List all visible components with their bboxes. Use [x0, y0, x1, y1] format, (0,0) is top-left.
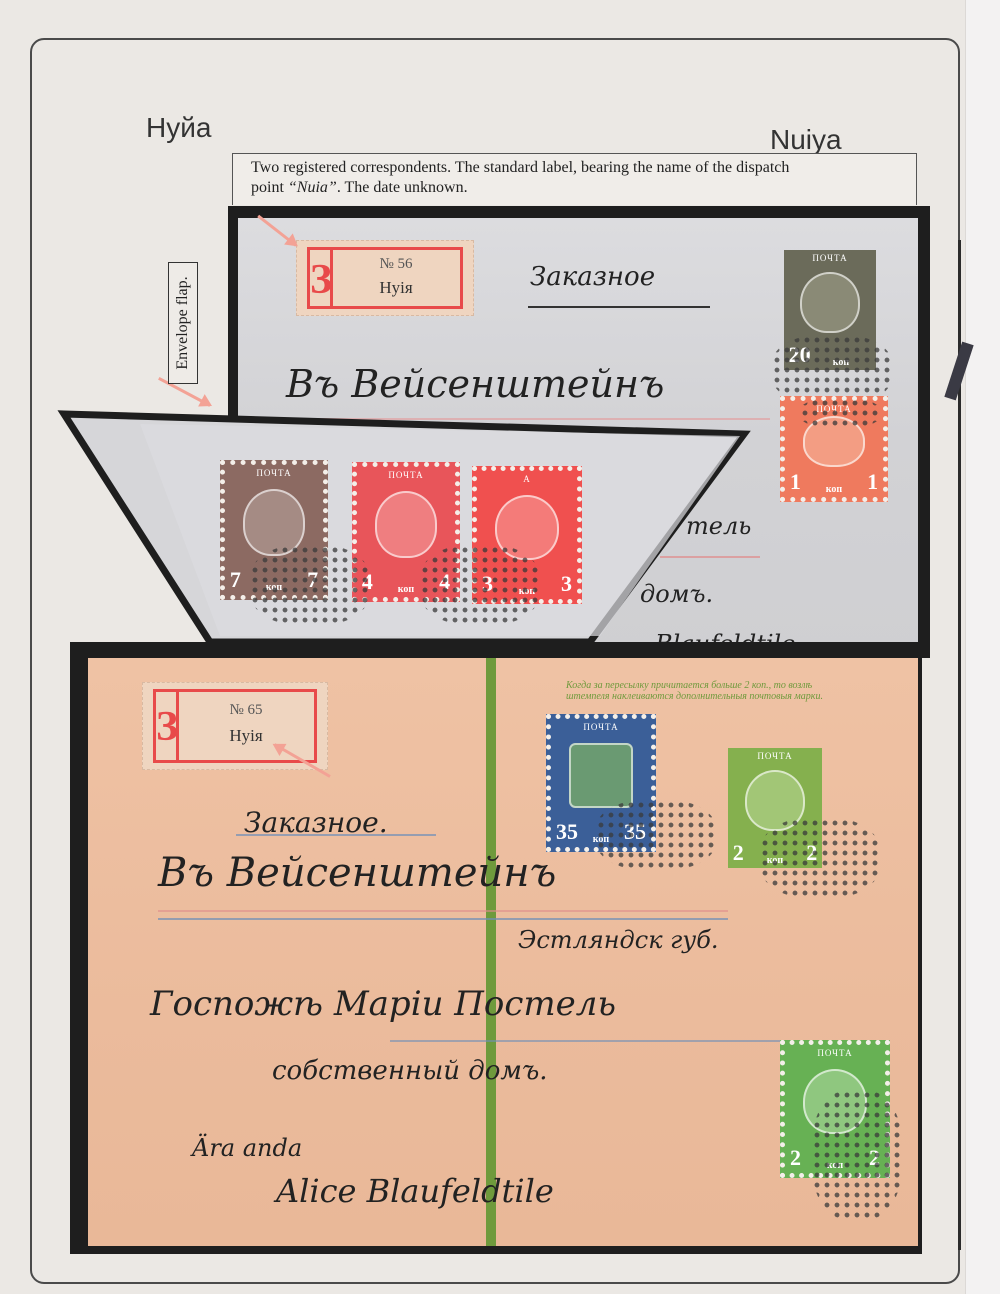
handwriting-line-4: собственный домъ. — [272, 1056, 548, 1086]
stamp-header: ПОЧТА — [817, 1048, 852, 1058]
stamp-value: 4коп4 — [362, 569, 450, 595]
stamp-value: 35коп35 — [556, 819, 646, 845]
stamp-unit: коп — [593, 834, 609, 845]
stamp-unit: коп — [767, 855, 783, 866]
stamp-value-number: 7 — [230, 567, 241, 593]
stamp-portrait — [569, 743, 633, 808]
stamp-header: ПОЧТА — [388, 470, 423, 480]
stamp-2-kop: ПОЧТА 2коп2 — [780, 1040, 890, 1178]
registered-green-stripe — [486, 658, 496, 1246]
stamp-value-number-right: 7 — [307, 567, 318, 593]
stamp-header: ПОЧТА — [256, 468, 291, 478]
stamp-header: ПОЧТА — [757, 751, 792, 761]
flap-label-text: Envelope flap. — [174, 276, 192, 369]
stamp-portrait — [495, 495, 559, 560]
stamp-35-kop: ПОЧТА 35коп35 — [546, 714, 656, 852]
stamp-value-number-right: 2 — [806, 840, 817, 866]
handwriting-line-6: Alice Blaufeldtile — [276, 1172, 554, 1210]
stamp-value-number: 2 — [733, 840, 744, 866]
stamp-value-number: 4 — [362, 569, 373, 595]
indicium-2-kop: ПОЧТА 2коп2 — [728, 748, 822, 868]
handwriting-line-1: Въ Вейсенштейнъ — [158, 850, 556, 896]
handwriting-line-3: Госпожѣ Марiи Постель — [150, 984, 616, 1024]
stamp-unit: коп — [266, 582, 282, 593]
stamp-value-number: 35 — [556, 819, 578, 845]
stamp-portrait — [243, 489, 306, 555]
stamp-value: 7коп7 — [230, 567, 318, 593]
pencil-underline-blue — [236, 834, 436, 836]
stamp-3-kop: А 3коп3 — [472, 466, 582, 604]
registration-letter: З — [156, 692, 179, 760]
stamp-value-number-right: 35 — [624, 819, 646, 845]
stamp-4-kop: ПОЧТА 4коп4 — [352, 462, 460, 602]
stamp-value-number-right: 2 — [869, 1145, 880, 1171]
stamp-7-kop: ПОЧТА 7коп7 — [220, 460, 328, 600]
pencil-underline-red — [158, 910, 728, 912]
stamp-portrait — [375, 491, 438, 557]
registration-place: Нуiя — [178, 726, 314, 746]
handwriting-line-2: Эстляндск губ. — [518, 926, 718, 954]
stamp-value: 2коп2 — [790, 1145, 880, 1171]
stamp-portrait — [745, 770, 805, 832]
stamp-value-number: 2 — [790, 1145, 801, 1171]
stamp-portrait — [803, 1069, 867, 1134]
stamp-unit: коп — [398, 584, 414, 595]
stamp-header: А — [523, 474, 531, 484]
stamp-value: 3коп3 — [482, 571, 572, 597]
printed-postal-note: Когда за пересылку причитается больше 2 … — [566, 680, 856, 702]
stamp-unit: коп — [827, 1160, 843, 1171]
stamp-header: ПОЧТА — [583, 722, 618, 732]
handwriting-line-5: Ärа anda — [192, 1134, 302, 1162]
envelope-flap-label: Envelope flap. — [168, 262, 198, 384]
stamp-unit: коп — [519, 586, 535, 597]
stamp-value: 2коп2 — [733, 840, 818, 866]
stamp-value-number-right: 4 — [439, 569, 450, 595]
registration-number: № 65 — [178, 702, 314, 719]
pencil-underline-blue — [158, 918, 728, 920]
stamp-value-number: 3 — [482, 571, 493, 597]
stamp-value-number-right: 3 — [561, 571, 572, 597]
pencil-underline-blue — [390, 1040, 810, 1042]
